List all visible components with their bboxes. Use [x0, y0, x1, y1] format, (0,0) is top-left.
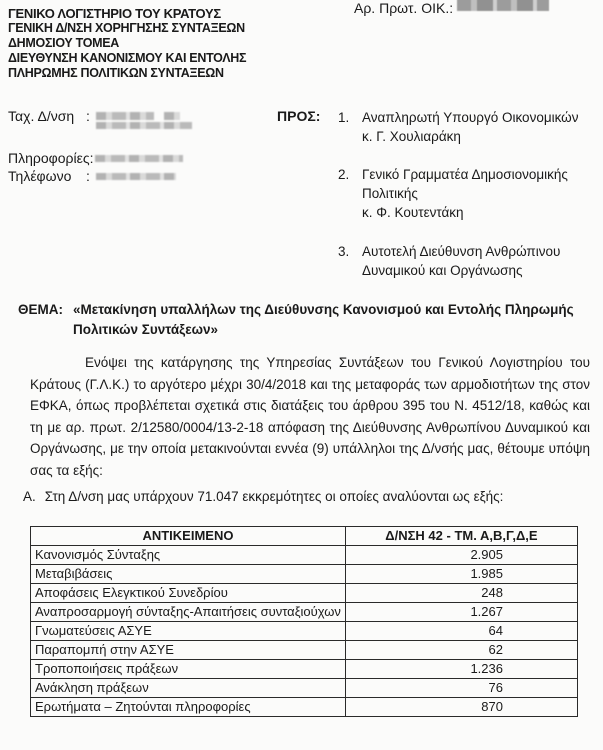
- recipient-line: Γενικό Γραμματέα Δημοσιονομικής: [362, 165, 568, 184]
- redacted-address: [96, 122, 192, 129]
- phone-row: Τηλέφωνο :: [8, 168, 176, 184]
- section-letter: Α.: [23, 489, 41, 504]
- org-line: ΓΕΝΙΚΗ Δ/ΝΣΗ ΧΟΡΗΓΗΣΗΣ ΣΥΝΤΑΞΕΩΝ: [8, 21, 246, 36]
- body-paragraph: Ενόψει της κατάργησης της Υπηρεσίας Συντ…: [30, 352, 590, 481]
- row-count: 64: [345, 622, 577, 641]
- column-header-subject: ΑΝΤΙΚΕΙΜΕΝΟ: [31, 527, 346, 546]
- recipient-line: Δυναμικού και Οργάνωσης: [362, 261, 560, 280]
- org-line: ΔΙΕΥΘΥΝΣΗ ΚΑΝΟΝΙΣΜΟΥ ΚΑΙ ΕΝΤΟΛΗΣ: [8, 51, 246, 66]
- info-label: Πληροφορίες:: [8, 150, 93, 166]
- protocol-label: Αρ. Πρωτ. ΟΙΚ.:: [354, 0, 453, 16]
- recipient-line: Πολιτικής: [362, 184, 568, 203]
- row-subject: Ανάκληση πράξεων: [31, 679, 346, 698]
- row-count: 2.905: [345, 546, 577, 565]
- recipient-number: 3.: [338, 242, 349, 261]
- colon: :: [86, 108, 90, 124]
- column-header-directorate: Δ/ΝΣΗ 42 - ΤΜ. Α,Β,Γ,Δ,Ε: [345, 527, 577, 546]
- address-label: Ταχ. Δ/νση: [8, 108, 86, 124]
- table-row: Ερωτήματα – Ζητούνται πληροφορίες870: [31, 698, 578, 717]
- table-row: Μεταβιβάσεις1.985: [31, 565, 578, 584]
- recipient-number: 2.: [338, 165, 349, 184]
- row-count: 76: [345, 679, 577, 698]
- row-subject: Κανονισμός Σύνταξης: [31, 546, 346, 565]
- recipient-line: Αναπληρωτή Υπουργό Οικονομικών: [362, 108, 578, 127]
- row-subject: Τροποποιήσεις πράξεων: [31, 660, 346, 679]
- phone-label: Τηλέφωνο: [8, 168, 86, 184]
- table-row: Κανονισμός Σύνταξης2.905: [31, 546, 578, 565]
- row-count: 248: [345, 584, 577, 603]
- row-count: 1.267: [345, 603, 577, 622]
- row-subject: Αναπροσαρμογή σύνταξης-Απαιτήσεις συνταξ…: [31, 603, 346, 622]
- org-line: ΠΛΗΡΩΜΗΣ ΠΟΛΙΤΙΚΩΝ ΣΥΝΤΑΞΕΩΝ: [8, 66, 246, 81]
- subject-text: «Μετακίνηση υπαλλήλων της Διεύθυνσης Καν…: [73, 300, 593, 340]
- row-subject: Παραπομπή στην ΑΣΥΕ: [31, 641, 346, 660]
- protocol-number: Αρ. Πρωτ. ΟΙΚ.:: [354, 0, 549, 16]
- row-subject: Αποφάσεις Ελεγκτικού Συνεδρίου: [31, 584, 346, 603]
- row-count: 870: [345, 698, 577, 717]
- recipient-number: 1.: [338, 108, 349, 127]
- table-row: Παραπομπή στην ΑΣΥΕ62: [31, 641, 578, 660]
- row-subject: Γνωματεύσεις ΑΣΥΕ: [31, 622, 346, 641]
- table-row: Αποφάσεις Ελεγκτικού Συνεδρίου248: [31, 584, 578, 603]
- address-row-2: [96, 122, 192, 129]
- table-row: Ανάκληση πράξεων76: [31, 679, 578, 698]
- row-subject: Μεταβιβάσεις: [31, 565, 346, 584]
- redacted-address: [96, 112, 154, 120]
- table-row: Γνωματεύσεις ΑΣΥΕ64: [31, 622, 578, 641]
- section-a: Α. Στη Δ/νση μας υπάρχουν 71.047 εκκρεμό…: [23, 489, 503, 504]
- row-count: 1.985: [345, 565, 577, 584]
- row-count: 1.236: [345, 660, 577, 679]
- recipients-label: ΠΡΟΣ:: [277, 108, 320, 124]
- pending-items-table: ΑΝΤΙΚΕΙΜΕΝΟ Δ/ΝΣΗ 42 - ΤΜ. Α,Β,Γ,Δ,Ε Καν…: [30, 526, 578, 717]
- colon: :: [86, 168, 90, 184]
- recipient-line: κ. Φ. Κουτεντάκη: [362, 203, 568, 222]
- recipient-line: κ. Γ. Χουλιαράκη: [362, 127, 578, 146]
- organization-header: ΓΕΝΙΚΟ ΛΟΓΙΣΤΗΡΙΟ ΤΟΥ ΚΡΑΤΟΥΣ ΓΕΝΙΚΗ Δ/Ν…: [8, 6, 246, 81]
- recipient-line: Αυτοτελή Διεύθυνση Ανθρώπινου: [362, 242, 560, 261]
- org-line: ΓΕΝΙΚΟ ΛΟΓΙΣΤΗΡΙΟ ΤΟΥ ΚΡΑΤΟΥΣ: [8, 6, 246, 21]
- redacted-address: [164, 112, 180, 120]
- redacted-phone: [96, 173, 176, 180]
- redacted-protocol-value: [457, 0, 549, 11]
- info-row: Πληροφορίες:: [8, 150, 183, 166]
- subject-label: ΘΕΜΑ:: [18, 300, 63, 320]
- redacted-info: [95, 155, 183, 162]
- table-row: Αναπροσαρμογή σύνταξης-Απαιτήσεις συνταξ…: [31, 603, 578, 622]
- org-line: ΔΗΜΟΣΙΟΥ ΤΟΜΕΑ: [8, 36, 246, 51]
- table-header-row: ΑΝΤΙΚΕΙΜΕΝΟ Δ/ΝΣΗ 42 - ΤΜ. Α,Β,Γ,Δ,Ε: [31, 527, 578, 546]
- table-row: Τροποποιήσεις πράξεων1.236: [31, 660, 578, 679]
- row-subject: Ερωτήματα – Ζητούνται πληροφορίες: [31, 698, 346, 717]
- section-text: Στη Δ/νση μας υπάρχουν 71.047 εκκρεμότητ…: [45, 489, 504, 504]
- row-count: 62: [345, 641, 577, 660]
